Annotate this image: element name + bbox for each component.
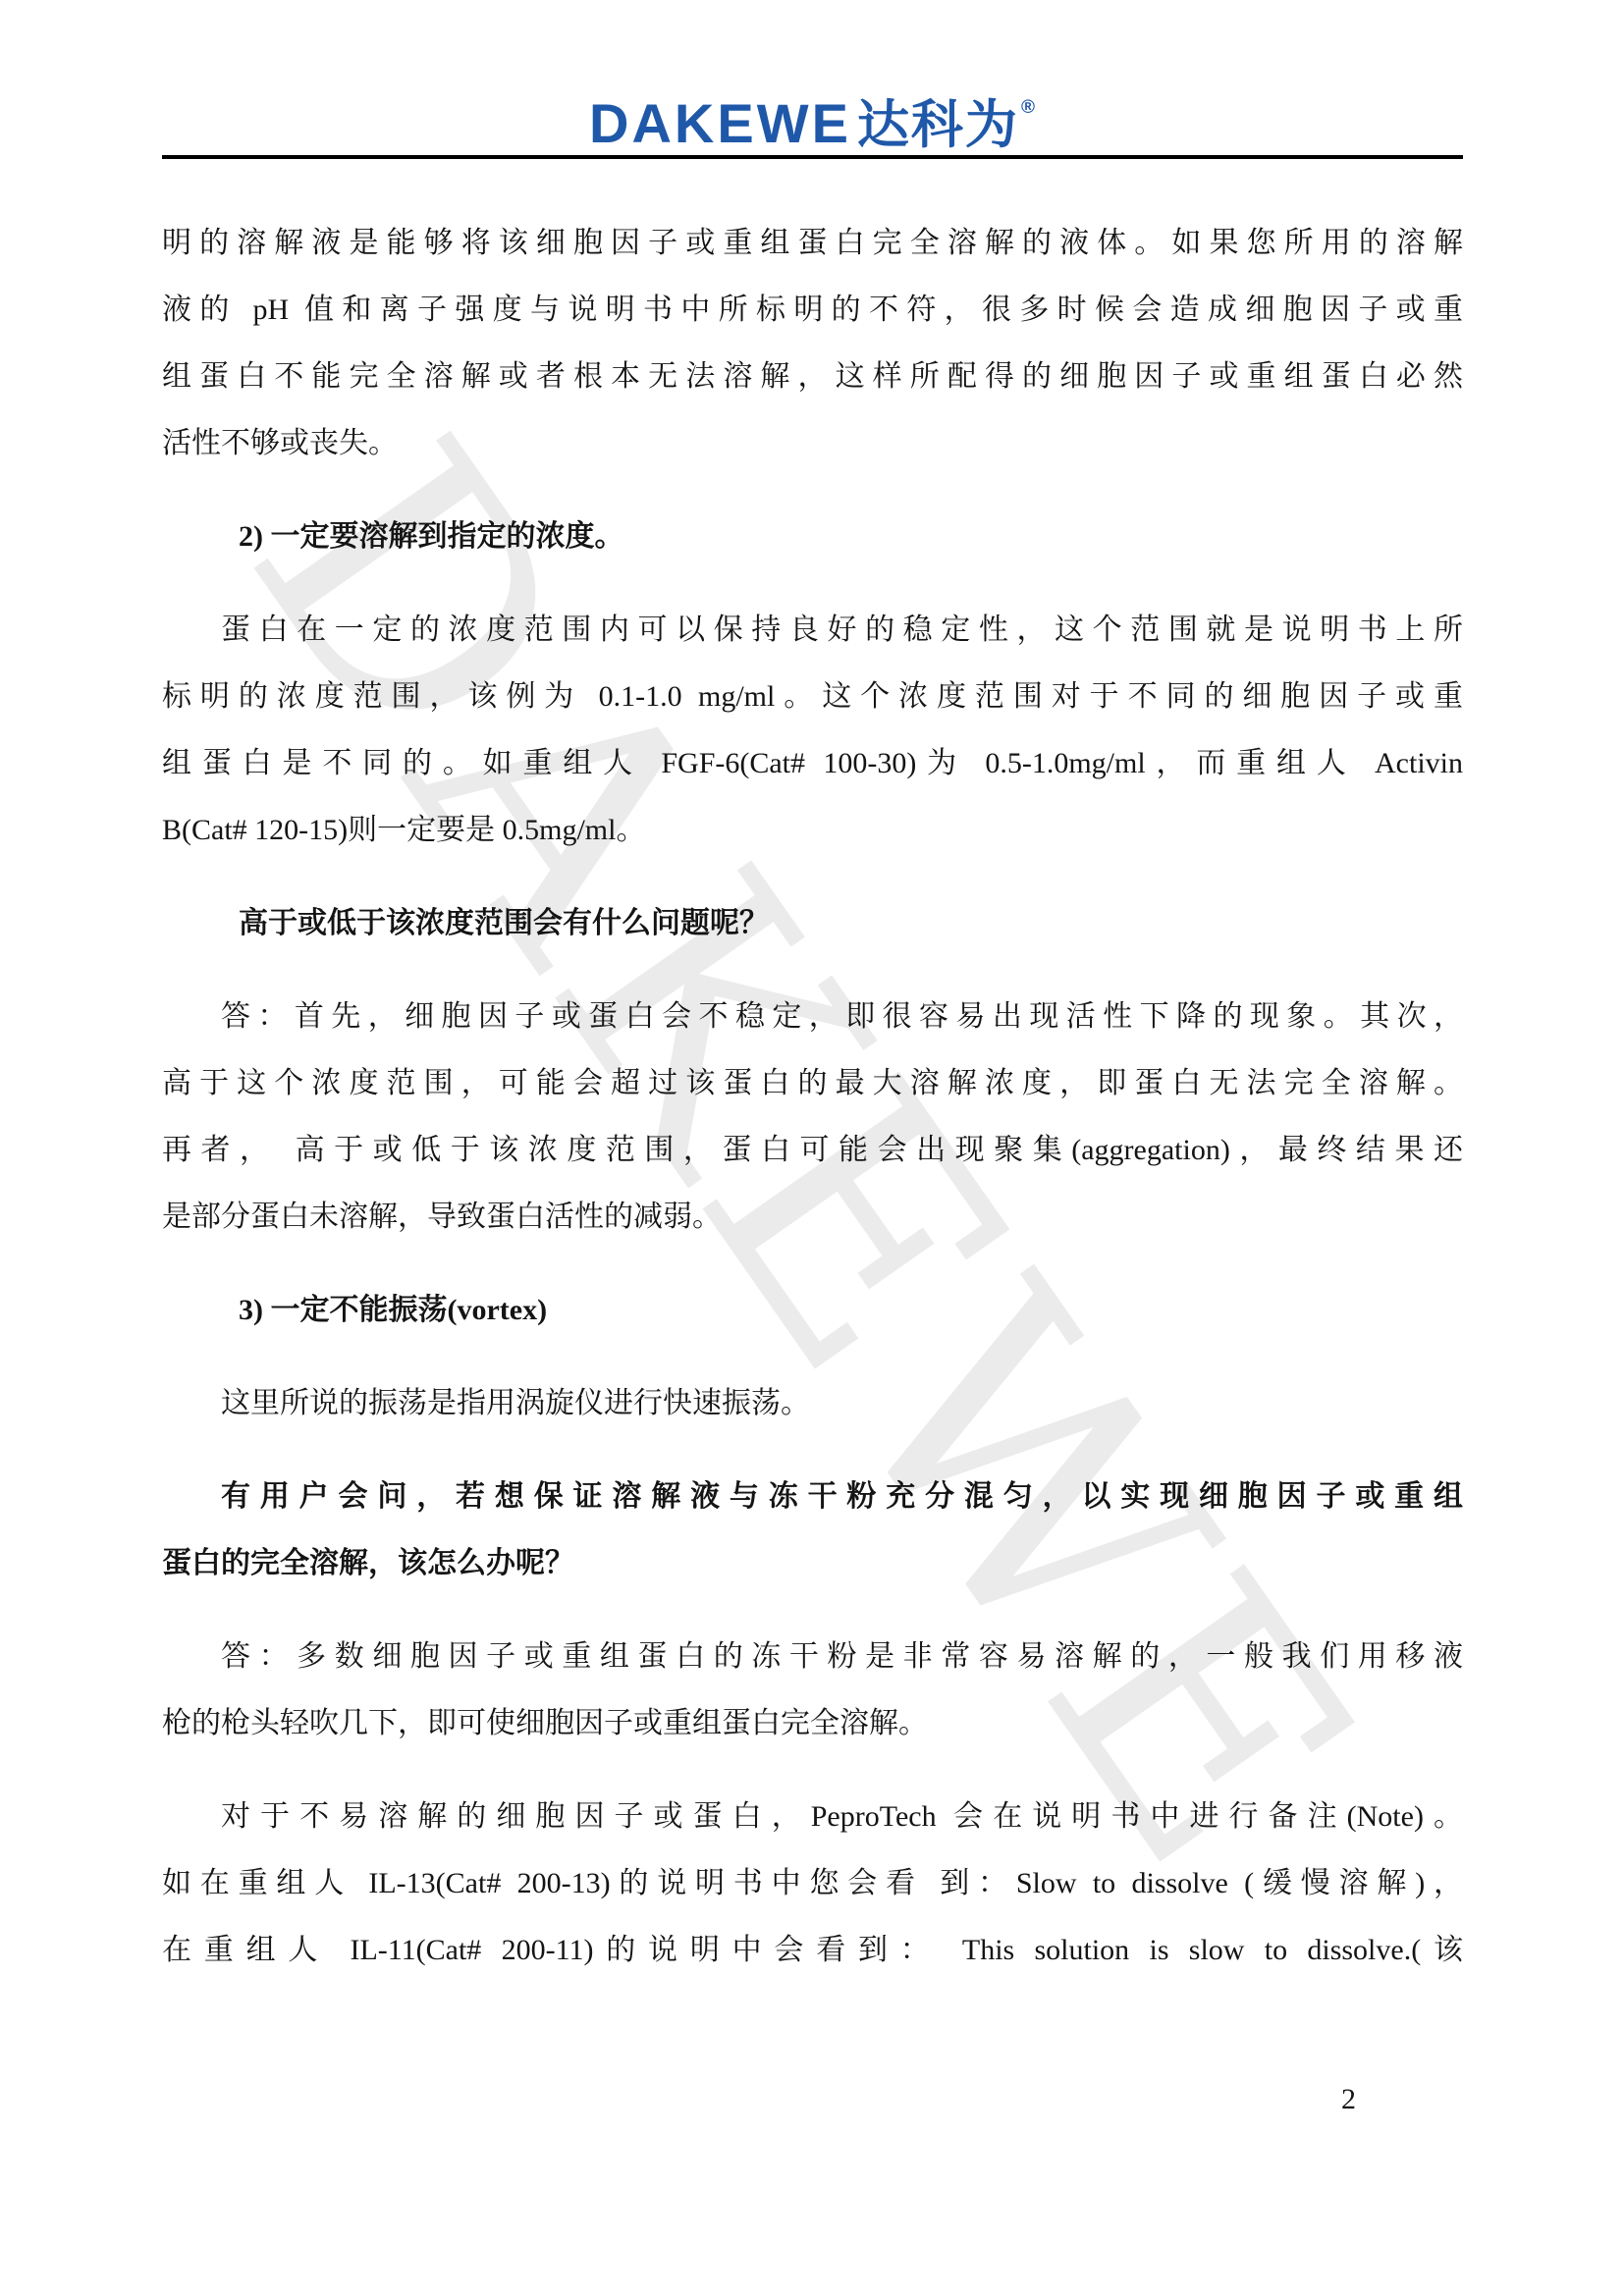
- document-page: DAKEWE DAKEWE达科为® 明的溶解液是能够将该细胞因子或重组蛋白完全溶…: [0, 0, 1624, 2296]
- text-line: 答：首先，细胞因子或蛋白会不稳定，即很容易出现活性下降的现象。其次，: [162, 984, 1463, 1050]
- text-line: B(Cat# 120-15)则一定要是 0.5mg/ml。: [162, 797, 1463, 864]
- text-line: 标明的浓度范围，该例为 0.1-1.0 mg/ml。这个浓度范围对于不同的细胞因…: [162, 664, 1463, 730]
- section-heading: 高于或低于该浓度范围会有什么问题呢？: [239, 890, 1463, 957]
- text-line: 组蛋白是不同的。如重组人 FGF-6(Cat# 100-30)为 0.5-1.0…: [162, 730, 1463, 797]
- text-line: 组蛋白不能完全溶解或者根本无法溶解，这样所配得的细胞因子或重组蛋白必然: [162, 344, 1463, 410]
- text-line: 蛋白在一定的浓度范围内可以保持良好的稳定性，这个范围就是说明书上所: [162, 597, 1463, 664]
- text-line: 在重组人 IL-11(Cat# 200-11)的说明中会看到： This sol…: [162, 1917, 1463, 1984]
- page-header: DAKEWE达科为®: [0, 96, 1624, 151]
- paragraph: 有用户会问，若想保证溶解液与冻干粉充分混匀，以实现细胞因子或重组蛋白的完全溶解，…: [162, 1464, 1463, 1597]
- paragraph: 答：首先，细胞因子或蛋白会不稳定，即很容易出现活性下降的现象。其次，高于这个浓度…: [162, 984, 1463, 1251]
- text-line: 明的溶解液是能够将该细胞因子或重组蛋白完全溶解的液体。如果您所用的溶解: [162, 210, 1463, 277]
- paragraph: 对于不易溶解的细胞因子或蛋白，PeproTech 会在说明书中进行备注(Note…: [162, 1784, 1463, 1984]
- page-number: 2: [1341, 2083, 1356, 2116]
- text-line: 再者， 高于或低于该浓度范围，蛋白可能会出现聚集(aggregation)，最终…: [162, 1117, 1463, 1184]
- paragraph: 明的溶解液是能够将该细胞因子或重组蛋白完全溶解的液体。如果您所用的溶解液的 pH…: [162, 210, 1463, 477]
- dakewe-logo: DAKEWE达科为®: [589, 96, 1035, 151]
- paragraph: 答：多数细胞因子或重组蛋白的冻干粉是非常容易溶解的，一般我们用移液枪的枪头轻吹几…: [162, 1624, 1463, 1757]
- text-line: 液的 pH 值和离子强度与说明书中所标明的不符，很多时候会造成细胞因子或重: [162, 277, 1463, 344]
- header-divider-line: [162, 155, 1463, 159]
- section-heading: 3) 一定不能振荡(vortex): [239, 1277, 1463, 1344]
- text-line: 有用户会问，若想保证溶解液与冻干粉充分混匀，以实现细胞因子或重组: [162, 1464, 1463, 1530]
- text-line: 这里所说的振荡是指用涡旋仪进行快速振荡。: [162, 1370, 1463, 1437]
- text-line: 答：多数细胞因子或重组蛋白的冻干粉是非常容易溶解的，一般我们用移液: [162, 1624, 1463, 1690]
- paragraph: 蛋白在一定的浓度范围内可以保持良好的稳定性，这个范围就是说明书上所标明的浓度范围…: [162, 597, 1463, 864]
- registered-trademark-icon: ®: [1021, 97, 1035, 118]
- text-line: 蛋白的完全溶解，该怎么办呢？: [162, 1530, 1463, 1597]
- logo-text-cn: 达科为: [857, 96, 1019, 154]
- document-body: 明的溶解液是能够将该细胞因子或重组蛋白完全溶解的液体。如果您所用的溶解液的 pH…: [162, 210, 1463, 2010]
- text-line: 高于这个浓度范围，可能会超过该蛋白的最大溶解浓度，即蛋白无法完全溶解。: [162, 1050, 1463, 1117]
- section-heading: 2) 一定要溶解到指定的浓度。: [239, 504, 1463, 570]
- text-line: 对于不易溶解的细胞因子或蛋白，PeproTech 会在说明书中进行备注(Note…: [162, 1784, 1463, 1850]
- logo-text-en: DAKEWE: [589, 92, 851, 154]
- paragraph: 这里所说的振荡是指用涡旋仪进行快速振荡。: [162, 1370, 1463, 1437]
- text-line: 枪的枪头轻吹几下，即可使细胞因子或重组蛋白完全溶解。: [162, 1690, 1463, 1757]
- text-line: 活性不够或丧失。: [162, 410, 1463, 477]
- text-line: 是部分蛋白未溶解，导致蛋白活性的减弱。: [162, 1184, 1463, 1251]
- text-line: 如在重组人 IL-13(Cat# 200-13)的说明书中您会看 到：Slow …: [162, 1850, 1463, 1917]
